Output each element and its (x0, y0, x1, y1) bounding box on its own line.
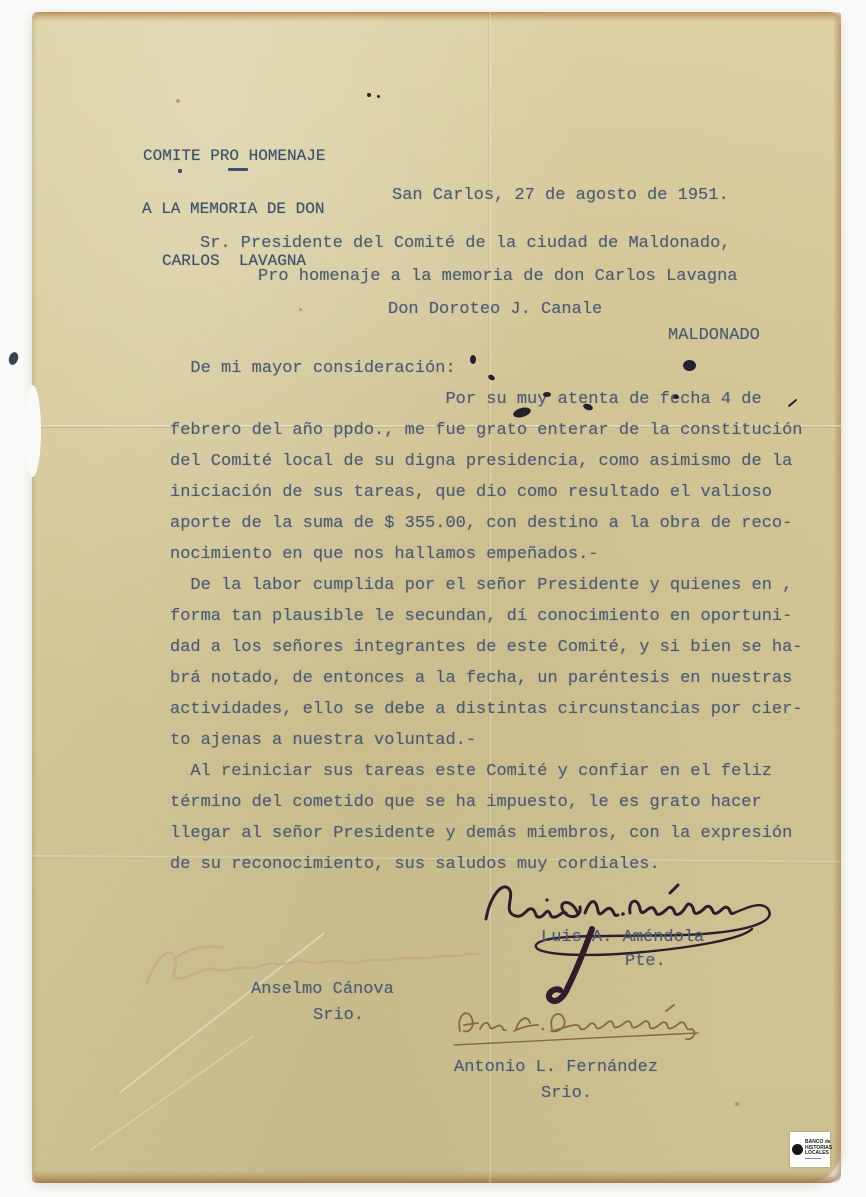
recipient-line-1: Sr. Presidente del Comité de la ciudad d… (200, 234, 731, 253)
ink-blot (673, 395, 679, 399)
archive-logo-icon (792, 1144, 803, 1155)
recipient-line-2: Pro homenaje a la memoria de don Carlos … (258, 267, 737, 286)
letter-body: De mi mayor consideración: Por su muy at… (170, 353, 803, 880)
secretary2-typed-name: Antonio L. Fernández (454, 1058, 658, 1077)
archive-sticker-line: LOCALES (805, 1151, 832, 1157)
paper-edge-left (32, 12, 37, 1183)
letterhead-dot (178, 169, 182, 173)
rust-speck (735, 1102, 739, 1106)
president-typed-name: Luis A. Améndola (541, 928, 704, 947)
background-ink-spot (7, 351, 20, 366)
left-edge-tear-notch (24, 385, 41, 477)
rust-speck (176, 99, 180, 103)
recipient-city: MALDONADO (668, 326, 760, 345)
secretary2-signature: Ant L. Fernández (440, 997, 740, 1057)
scanned-letter-page: { "document": { "letterhead": { "lines":… (0, 0, 866, 1197)
archive-sticker-text: BANCO de HISTORIAS LOCALES (805, 1140, 832, 1159)
paper-edge-bottom (32, 1170, 841, 1183)
rust-speck (299, 308, 302, 311)
letter-paper: COMITE PRO HOMENAJE A LA MEMORIA DE DON … (32, 12, 841, 1183)
letterhead-line: A LA MEMORIA DE DON (142, 201, 325, 219)
ink-blot (683, 360, 696, 371)
ink-blot (543, 392, 551, 397)
secretary2-title: Srio. (541, 1084, 592, 1103)
paper-edge-top (32, 12, 841, 22)
letterhead-line: COMITE PRO HOMENAJE (142, 148, 325, 166)
secretary1-typed-name: Anselmo Cánova (251, 980, 394, 999)
ink-blot (470, 355, 476, 364)
ink-speck (377, 95, 380, 98)
ink-speck (367, 93, 371, 97)
archive-sticker-subline (805, 1158, 821, 1159)
date-line: San Carlos, 27 de agosto de 1951. (392, 186, 729, 205)
secretary1-title: Srio. (313, 1006, 364, 1025)
president-title: Pte. (625, 952, 666, 971)
archive-sticker: BANCO de HISTORIAS LOCALES (790, 1132, 830, 1167)
letterhead-dash (228, 168, 248, 171)
recipient-line-3: Don Doroteo J. Canale (388, 300, 602, 319)
paper-edge-right (833, 12, 841, 1183)
